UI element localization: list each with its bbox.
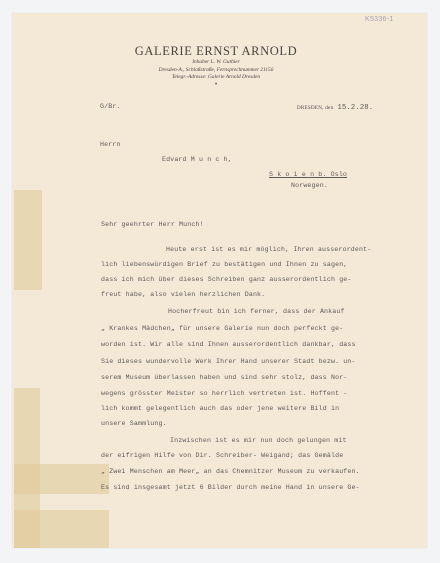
- archive-id: K5336-1: [365, 16, 394, 23]
- dateline-date: 15.2.28.: [338, 104, 374, 112]
- tape-strip: [14, 464, 109, 494]
- letterhead: GALERIE ERNST ARNOLD Inhaber L. W. Gutbi…: [100, 44, 332, 88]
- recipient-salutation: Herrn: [100, 141, 121, 148]
- greeting: Sehr geehrter Herr Munch!: [101, 221, 204, 228]
- ornament-icon: •: [100, 82, 332, 88]
- dateline: DRESDEN, den 15.2.28.: [297, 104, 373, 112]
- body-line: Inzwischen ist es mir nun doch gelungen …: [170, 437, 347, 444]
- recipient-last-name: M u n c h,: [191, 156, 232, 163]
- body-line: Hocherfreut bin ich ferner, dass der Ank…: [168, 308, 345, 315]
- body-line: „ Zwei Menschen am Meer„ an das Chemnitz…: [101, 468, 360, 475]
- body-line: wegens grösster Meister so herrlich vert…: [101, 390, 347, 397]
- recipient-country: Norwegen.: [291, 182, 328, 189]
- body-line: der eifrigen Hilfe von Dir. Schreiber- W…: [101, 452, 343, 459]
- body-line: serem Museum überlassen haben und sind s…: [101, 374, 347, 381]
- letterhead-owner: Inhaber L. W. Gutbier: [100, 59, 332, 67]
- body-line: worden ist. Wir alle sind Ihnen ausseror…: [101, 341, 356, 348]
- recipient-name: Edvard M u n c h,: [162, 156, 232, 163]
- recipient-place: S k o i e n b. Oslo: [269, 171, 347, 178]
- body-line: Heute erst ist es mir möglich, Ihren aus…: [166, 246, 371, 253]
- dateline-place: DRESDEN, den: [297, 106, 333, 111]
- body-line: unsere Sammlung.: [101, 420, 167, 427]
- body-line: Es sind insgesamt jetzt 6 Bilder durch m…: [101, 484, 360, 491]
- body-line: lich kommt gelegentlich auch das oder je…: [101, 405, 339, 412]
- tape-strip: [14, 190, 42, 290]
- recipient-first-name: Edvard: [162, 156, 187, 163]
- body-line: „ Krankes Mädchen„ für unsere Galerie nu…: [101, 325, 343, 332]
- body-line: dass ich mich über dieses Schreiben ganz…: [101, 276, 352, 283]
- reference-mark: G/Br.: [100, 103, 121, 110]
- tape-strip: [14, 510, 109, 548]
- body-line: Sie dieses wundervolle Werk Ihrer Hand u…: [101, 358, 356, 365]
- letterhead-title: GALERIE ERNST ARNOLD: [100, 44, 332, 59]
- body-line: freut habe, also vielen herzlichen Dank.: [101, 291, 265, 298]
- letterhead-address: Dresden-A., Schloßstraße, Fernsprechnumm…: [100, 67, 332, 75]
- body-line: lich liebenswürdigen Brief zu bestätigen…: [101, 261, 347, 268]
